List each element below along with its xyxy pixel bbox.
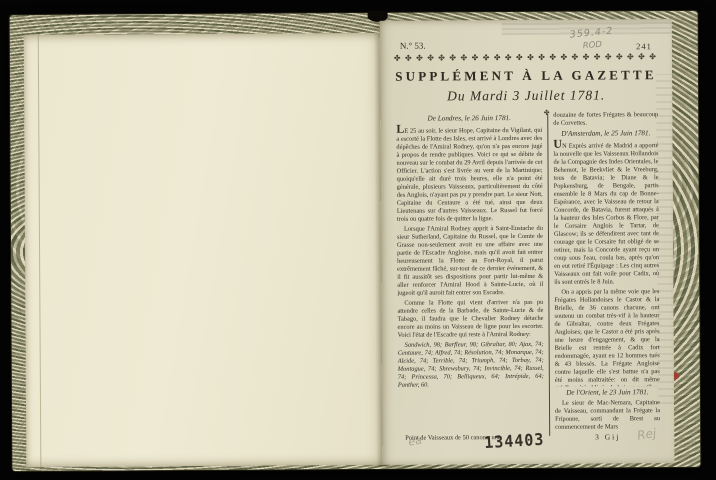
- fleet-list: Sandwich, 98; Barfleur, 98; Gibraltar, 8…: [398, 341, 544, 390]
- gazette-title: SUPPLÉMENT À LA GAZETTE: [386, 67, 666, 85]
- issue-number: N.° 53.: [400, 41, 426, 51]
- dateline-lorient: De l'Orient, le 23 Juin 1781.: [555, 388, 660, 397]
- column-divider-rule: ✤: [547, 114, 550, 436]
- marbled-book-cover: N.° 53. 359.4-2 ROD 241 ✤ ✤ ✤ ✤ ✤ ✤ ✤ ✤ …: [9, 10, 702, 472]
- left-blank-page: [24, 33, 385, 467]
- column-left-flow: De Londres, le 26 Juin 1781. LE 25 au so…: [396, 112, 544, 435]
- pencil-scribble: ea: [407, 434, 423, 449]
- pencil-scribble: Rej: [636, 426, 657, 443]
- page-number: 241: [636, 41, 652, 51]
- scanned-book-photo: N.° 53. 359.4-2 ROD 241 ✤ ✤ ✤ ✤ ✤ ✤ ✤ ✤ …: [0, 0, 716, 480]
- accession-number-stamp: 134403: [484, 430, 545, 453]
- fleuron-ornament-border: ✤ ✤ ✤ ✤ ✤ ✤ ✤ ✤ ✤ ✤ ✤ ✤ ✤ ✤ ✤ ✤ ✤ ✤ ✤ ✤ …: [394, 52, 658, 63]
- column-right: douzaine de fortes Frégates & beaucoup d…: [553, 111, 660, 442]
- paragraph: UN Exprès arrivé de Madrid a apporté la …: [553, 140, 659, 287]
- two-column-text-block: De Londres, le 26 Juin 1781. LE 25 au so…: [396, 111, 660, 443]
- handwritten-note: ROD: [582, 40, 602, 51]
- page-crease: [38, 35, 42, 467]
- column-right-flow: douzaine de fortes Frégates & beaucoup d…: [553, 111, 660, 387]
- paragraph: LE 25 au soir, le sieur Hope, Capitaine …: [396, 125, 543, 224]
- paragraph: On a appris par la même voie que les Fré…: [554, 288, 660, 387]
- paragraph: Lorsque l'Amiral Rodney apprit à Saint-E…: [397, 225, 543, 298]
- gazette-date-line: Du Mardi 3 Juillet 1781.: [386, 87, 666, 105]
- divider-ornament-icon: ✤: [544, 109, 550, 117]
- continuation-line: douzaine de fortes Frégates & beaucoup d…: [553, 111, 658, 128]
- dateline-london: De Londres, le 26 Juin 1781.: [396, 114, 542, 123]
- paragraph: Comme la Flotte qui vient d'arriver n'a …: [397, 299, 543, 340]
- dateline-amsterdam: D'Amsterdam, le 25 Juin 1781.: [553, 129, 658, 138]
- column-left: De Londres, le 26 Juin 1781. LE 25 au so…: [396, 112, 544, 443]
- gazette-printed-page: N.° 53. 359.4-2 ROD 241 ✤ ✤ ✤ ✤ ✤ ✤ ✤ ✤ …: [380, 19, 675, 465]
